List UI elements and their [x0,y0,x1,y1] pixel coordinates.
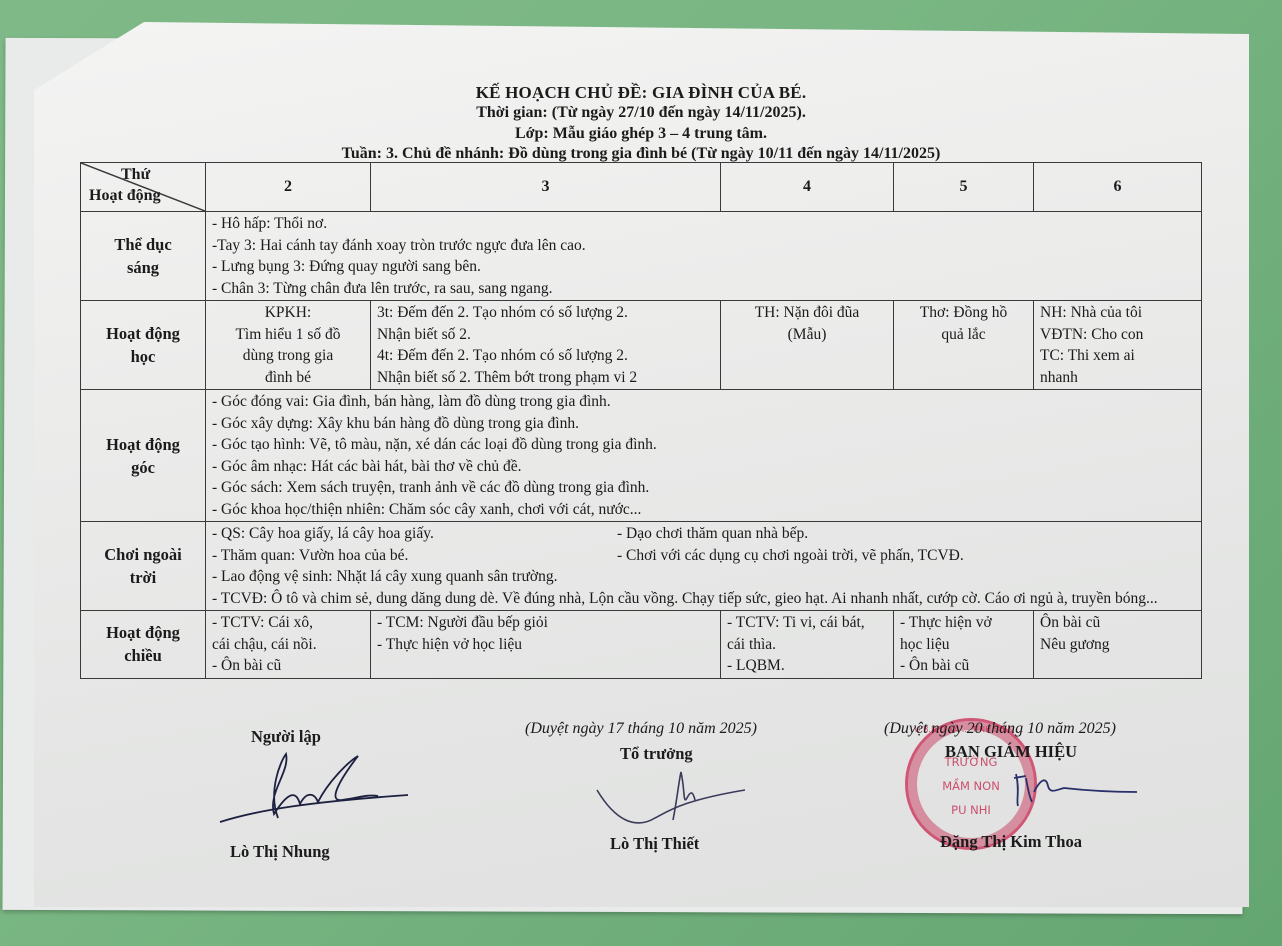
document-title: KẾ HOẠCH CHỦ ĐỀ: GIA ĐÌNH CỦA BÉ. [0,83,1282,103]
chieu-day-3: - TCM: Người đầu bếp giỏi - Thực hiện vở… [371,611,721,679]
board-approval-date: (Duyệt ngày 20 tháng 10 năm 2025) [884,720,1116,738]
document-class: Lớp: Mẫu giáo ghép 3 – 4 trung tâm. [0,125,1282,143]
row-label-choi-ngoai-troi: Chơi ngoài trời [81,522,206,611]
hoc-day-6: NH: Nhà của tôi VĐTN: Cho con TC: Thi xe… [1034,301,1202,390]
corner-day-label: Thứ [121,164,150,186]
row-label-hoat-dong-hoc: Hoạt động học [81,301,206,390]
row-label-hoat-dong-goc: Hoạt động góc [81,390,206,522]
weekly-plan-table: Thứ Hoạt động 2 3 4 5 6 Thể dục sáng - H… [80,162,1202,679]
choi-ngoai-troi-content: - QS: Cây hoa giấy, lá cây hoa giấy. - D… [206,522,1202,611]
creator-signature-icon [218,752,418,822]
the-duc-sang-content: - Hô hấp: Thổi nơ. -Tay 3: Hai cánh tay … [206,212,1202,301]
row-hoat-dong-goc: Hoạt động góc - Góc đóng vai: Gia đình, … [81,390,1202,522]
board-role: BAN GIÁM HIỆU [945,742,1077,762]
corner-activity-label: Hoạt động [89,185,161,207]
leader-signature-icon [595,770,775,830]
leader-name: Lò Thị Thiết [610,834,699,854]
chieu-day-5: - Thực hiện vở học liệu - Ôn bài cũ [894,611,1034,679]
board-name: Đặng Thị Kim Thoa [940,832,1082,852]
board-signature-icon [1012,770,1142,810]
row-hoat-dong-hoc: Hoạt động học KPKH: Tìm hiểu 1 số đồ dùn… [81,301,1202,390]
day-header-4: 4 [721,163,894,212]
document-time-range: Thời gian: (Từ ngày 27/10 đến ngày 14/11… [0,104,1282,122]
day-header-3: 3 [371,163,721,212]
chieu-day-6: Ôn bài cũ Nêu gương [1034,611,1202,679]
header-row: Thứ Hoạt động 2 3 4 5 6 [81,163,1202,212]
row-label-hoat-dong-chieu: Hoạt động chiều [81,611,206,679]
leader-role: Tổ trưởng [620,744,693,764]
hoc-day-3: 3t: Đếm đến 2. Tạo nhóm có số lượng 2. N… [371,301,721,390]
hoc-day-2: KPKH: Tìm hiểu 1 số đồ dùng trong gia đì… [206,301,371,390]
chieu-day-4: - TCTV: Ti vi, cái bát, cái thìa. - LQBM… [721,611,894,679]
row-hoat-dong-chieu: Hoạt động chiều - TCTV: Cái xô, cái chậu… [81,611,1202,679]
row-label-the-duc-sang: Thể dục sáng [81,212,206,301]
hoc-day-4: TH: Nặn đôi đũa (Mẫu) [721,301,894,390]
leader-approval-date: (Duyệt ngày 17 tháng 10 năm 2025) [525,720,757,738]
creator-role: Người lập [251,727,321,747]
day-header-6: 6 [1034,163,1202,212]
day-header-2: 2 [206,163,371,212]
document-week-subtopic: Tuần: 3. Chủ đề nhánh: Đồ dùng trong gia… [0,145,1282,163]
corner-header-cell: Thứ Hoạt động [81,163,206,212]
row-the-duc-sang: Thể dục sáng - Hô hấp: Thổi nơ. -Tay 3: … [81,212,1202,301]
hoat-dong-goc-content: - Góc đóng vai: Gia đình, bán hàng, làm … [206,390,1202,522]
day-header-5: 5 [894,163,1034,212]
chieu-day-2: - TCTV: Cái xô, cái chậu, cái nồi. - Ôn … [206,611,371,679]
hoc-day-5: Thơ: Đồng hồ quả lắc [894,301,1034,390]
row-choi-ngoai-troi: Chơi ngoài trời - QS: Cây hoa giấy, lá c… [81,522,1202,611]
creator-name: Lò Thị Nhung [230,842,330,862]
